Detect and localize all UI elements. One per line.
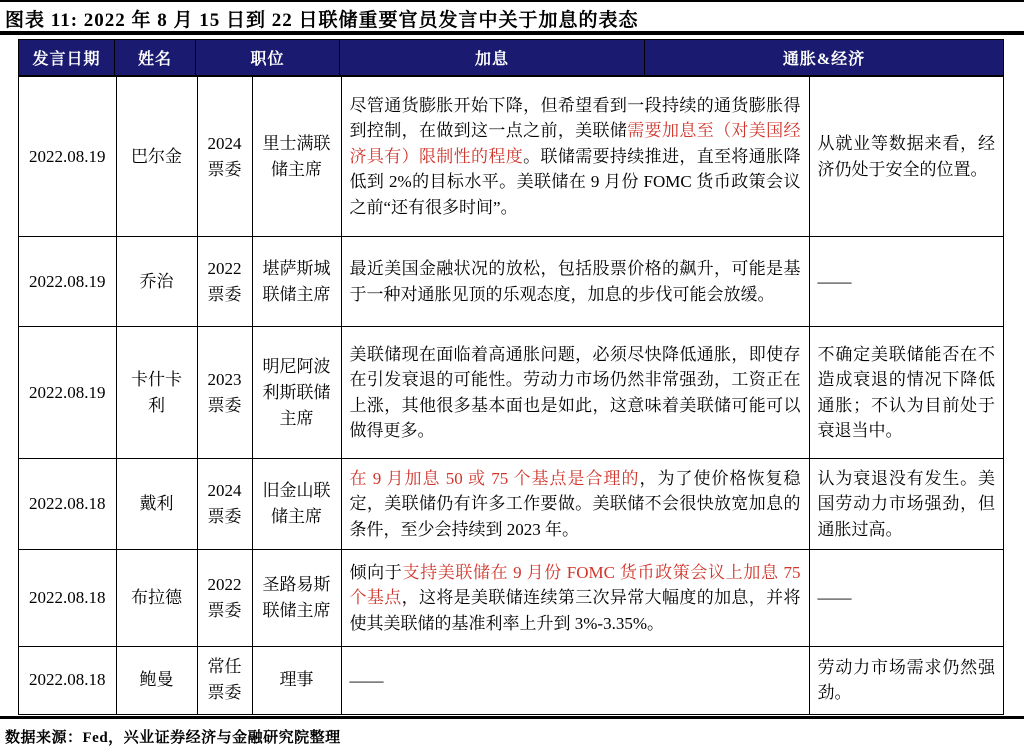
fed-statements-table: 发言日期 姓名 职位 加息 通胀&经济 2022.08.19巴尔金2024 票委… [18, 39, 1004, 715]
vote-status-cell: 2022 票委 [197, 550, 252, 647]
cell-text: 常任票委 [208, 657, 242, 702]
inflation-economy-cell: 劳动力市场需求仍然强劲。 [809, 647, 1003, 714]
speech-date-cell: 2022.08.19 [19, 77, 116, 237]
rate-hike-cell: 美联储现在面临着高通胀问题，必须尽快降低通胀，即使存在引发衰退的可能性。劳动力市… [341, 327, 809, 459]
table-body: 2022.08.19巴尔金2024 票委里士满联储主席尽管通货膨胀开始下降，但希… [19, 77, 1003, 714]
cell-text: 2022.08.19 [29, 147, 106, 166]
cell-text: 卡什卡利 [131, 370, 182, 415]
rate-hike-cell: 倾向于支持美联储在 9 月份 FOMC 货币政策会议上加息 75 个基点，这将是… [341, 550, 809, 647]
cell-text: 劳动力市场需求仍然强劲。 [818, 658, 996, 703]
name-cell: 巴尔金 [116, 77, 197, 237]
cell-text: 2022.08.18 [29, 494, 106, 513]
cell-text: 2022.08.18 [29, 670, 106, 689]
title-separator-rule [0, 31, 1024, 34]
position-cell: 里士满联储主席 [252, 77, 341, 237]
cell-text: 堪萨斯城联储主席 [263, 259, 331, 304]
table-row: 2022.08.19巴尔金2024 票委里士满联储主席尽管通货膨胀开始下降，但希… [19, 77, 1003, 237]
vote-status-cell: 常任票委 [197, 647, 252, 714]
header-position: 职位 [196, 40, 340, 75]
cell-text: —— [818, 588, 852, 607]
table-row: 2022.08.18鲍曼常任票委理事——劳动力市场需求仍然强劲。 [19, 647, 1003, 714]
cell-text: 最近美国金融状况的放松，包括股票价格的飙升，可能是基于一种对通胀见顶的乐观态度，… [350, 259, 801, 304]
rate-hike-cell: 最近美国金融状况的放松，包括股票价格的飙升，可能是基于一种对通胀见顶的乐观态度，… [341, 237, 809, 327]
inflation-economy-cell: 认为衰退没有发生。美国劳动力市场强劲，但通胀过高。 [809, 459, 1003, 550]
inflation-economy-cell: —— [809, 550, 1003, 647]
table-row: 2022.08.18布拉德2022 票委圣路易斯联储主席倾向于支持美联储在 9 … [19, 550, 1003, 647]
header-inflation-economy: 通胀&经济 [645, 40, 1003, 75]
cell-text: 从就业等数据来看，经济仍处于安全的位置。 [818, 134, 996, 179]
cell-text: 认为衰退没有发生。美国劳动力市场强劲，但通胀过高。 [818, 469, 996, 539]
speech-date-cell: 2022.08.19 [19, 237, 116, 327]
cell-text: 倾向于 [350, 563, 403, 582]
cell-text: 不确定美联储能否在不造成衰退的情况下降低通胀；不认为目前处于衰退当中。 [818, 345, 996, 441]
table-header-row: 发言日期 姓名 职位 加息 通胀&经济 [19, 40, 1003, 76]
header-rate-hike: 加息 [340, 40, 645, 75]
table-row: 2022.08.19乔治2022 票委堪萨斯城联储主席最近美国金融状况的放松，包… [19, 237, 1003, 327]
cell-text: 巴尔金 [131, 147, 182, 166]
header-name: 姓名 [115, 40, 196, 75]
inflation-economy-cell: 从就业等数据来看，经济仍处于安全的位置。 [809, 77, 1003, 237]
cell-text: —— [350, 671, 384, 690]
rate-hike-cell: —— [341, 647, 809, 714]
inflation-economy-cell: —— [809, 237, 1003, 327]
name-cell: 卡什卡利 [116, 327, 197, 459]
position-cell: 旧金山联储主席 [252, 459, 341, 550]
name-cell: 鲍曼 [116, 647, 197, 714]
cell-text: 里士满联储主席 [263, 134, 331, 179]
position-cell: 堪萨斯城联储主席 [252, 237, 341, 327]
name-cell: 乔治 [116, 237, 197, 327]
cell-text: —— [818, 272, 852, 291]
cell-text: 2023 票委 [208, 370, 242, 415]
cell-text: 美联储现在面临着高通胀问题，必须尽快降低通胀，即使存在引发衰退的可能性。劳动力市… [350, 345, 801, 441]
cell-text: 戴利 [140, 494, 174, 513]
vote-status-cell: 2024 票委 [197, 459, 252, 550]
rate-hike-cell: 尽管通货膨胀开始下降，但希望看到一段持续的通货膨胀得到控制，在做到这一点之前，美… [341, 77, 809, 237]
vote-status-cell: 2024 票委 [197, 77, 252, 237]
cell-text: 布拉德 [131, 588, 182, 607]
cell-text: 乔治 [140, 272, 174, 291]
cell-text: 2022.08.19 [29, 383, 106, 402]
cell-text: 明尼阿波利斯联储主席 [263, 357, 331, 428]
position-cell: 明尼阿波利斯联储主席 [252, 327, 341, 459]
position-cell: 圣路易斯联储主席 [252, 550, 341, 647]
table-body-grid: 2022.08.19巴尔金2024 票委里士满联储主席尽管通货膨胀开始下降，但希… [19, 76, 1003, 714]
cell-text: 2024 票委 [208, 481, 242, 526]
cell-text: 2022 票委 [208, 575, 242, 620]
position-cell: 理事 [252, 647, 341, 714]
header-speech-date: 发言日期 [19, 40, 115, 75]
cell-text: 2022.08.18 [29, 588, 106, 607]
cell-text: 2022 票委 [208, 259, 242, 304]
highlighted-text: 在 9 月加息 50 或 75 个基点是合理的 [350, 469, 640, 488]
cell-text: 旧金山联储主席 [263, 481, 331, 526]
vote-status-cell: 2022 票委 [197, 237, 252, 327]
cell-text: 2022.08.19 [29, 272, 106, 291]
speech-date-cell: 2022.08.19 [19, 327, 116, 459]
speech-date-cell: 2022.08.18 [19, 459, 116, 550]
inflation-economy-cell: 不确定美联储能否在不造成衰退的情况下降低通胀；不认为目前处于衰退当中。 [809, 327, 1003, 459]
data-source-note: 数据来源：Fed，兴业证券经济与金融研究院整理 [0, 723, 1024, 747]
table-row: 2022.08.18戴利2024 票委旧金山联储主席在 9 月加息 50 或 7… [19, 459, 1003, 550]
speech-date-cell: 2022.08.18 [19, 550, 116, 647]
speech-date-cell: 2022.08.18 [19, 647, 116, 714]
cell-text: 圣路易斯联储主席 [263, 575, 331, 620]
cell-text: 鲍曼 [140, 670, 174, 689]
vote-status-cell: 2023 票委 [197, 327, 252, 459]
cell-text: 理事 [280, 670, 314, 689]
rate-hike-cell: 在 9 月加息 50 或 75 个基点是合理的，为了使价格恢复稳定，美联储仍有许… [341, 459, 809, 550]
name-cell: 戴利 [116, 459, 197, 550]
name-cell: 布拉德 [116, 550, 197, 647]
table-row: 2022.08.19卡什卡利2023 票委明尼阿波利斯联储主席美联储现在面临着高… [19, 327, 1003, 459]
cell-text: ，这将是美联储连续第三次异常大幅度的加息，并将使其美联储的基准利率上升到 3%-… [350, 588, 801, 633]
cell-text: 2024 票委 [208, 134, 242, 179]
footer-separator-rule [0, 716, 1024, 719]
